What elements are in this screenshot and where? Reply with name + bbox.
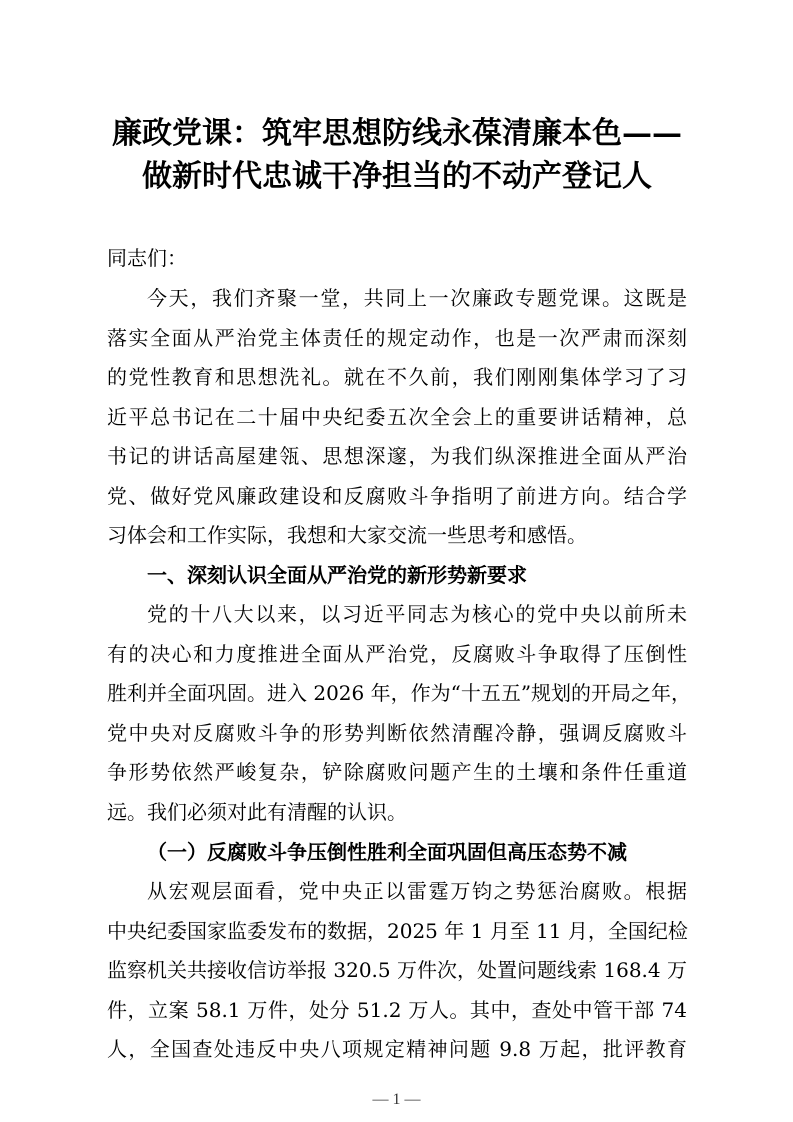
paragraph-1-line-7: 习体会和工作实际，我想和大家交流一些思考和感悟。 xyxy=(107,521,687,549)
paragraph-3-line-2: 中央纪委国家监委发布的数据，2025 年 1 月至 11 月，全国纪检 xyxy=(107,917,687,945)
paragraph-1-line-1: 今天，我们齐聚一堂，共同上一次廉政专题党课。这既是 xyxy=(147,284,687,312)
paragraph-3-line-5: 人，全国查处违反中央八项规定精神问题 9.8 万起，批评教育 xyxy=(107,1035,687,1063)
document-title-line-1: 廉政党课：筑牢思想防线永葆清廉本色—— xyxy=(100,113,694,155)
paragraph-2-line-2: 有的决心和力度推进全面从严治党，反腐败斗争取得了压倒性 xyxy=(107,640,687,668)
paragraph-1-line-6: 党、做好党风廉政建设和反腐败斗争指明了前进方向。结合学 xyxy=(107,482,687,510)
paragraph-2-line-5: 争形势依然严峻复杂，铲除腐败问题产生的土壤和条件任重道 xyxy=(107,758,687,786)
paragraph-3-line-4: 件，立案 58.1 万件，处分 51.2 万人。其中，查处中管干部 74 xyxy=(107,996,687,1024)
paragraph-1-line-4: 近平总书记在二十届中央纪委五次全会上的重要讲话精神，总 xyxy=(107,403,687,431)
section-1-heading: 一、深刻认识全面从严治党的新形势新要求 xyxy=(147,561,527,589)
paragraph-2-line-3: 胜利并全面巩固。进入 2026 年，作为“十五五”规划的开局之年， xyxy=(107,679,687,707)
subsection-1-heading: （一）反腐败斗争压倒性胜利全面巩固但高压态势不减 xyxy=(147,838,687,866)
paragraph-2-line-4: 党中央对反腐败斗争的形势判断依然清醒冷静，强调反腐败斗 xyxy=(107,719,687,747)
paragraph-2-line-6: 远。我们必须对此有清醒的认识。 xyxy=(107,798,687,826)
document-title-line-2: 做新时代忠诚干净担当的不动产登记人 xyxy=(100,156,694,198)
paragraph-3-line-1: 从宏观层面看，党中央正以雷霆万钧之势惩治腐败。根据 xyxy=(147,877,687,905)
document-page: 廉政党课：筑牢思想防线永葆清廉本色—— 做新时代忠诚干净担当的不动产登记人 同志… xyxy=(0,0,793,1122)
salutation: 同志们： xyxy=(107,244,687,272)
paragraph-1-line-5: 书记的讲话高屋建瓴、思想深邃，为我们纵深推进全面从严治 xyxy=(107,442,687,470)
paragraph-1-line-3: 的党性教育和思想洗礼。就在不久前，我们刚刚集体学习了习 xyxy=(107,363,687,391)
paragraph-2-line-1: 党的十八大以来，以习近平同志为核心的党中央以前所未 xyxy=(147,600,687,628)
paragraph-3-line-3: 监察机关共接收信访举报 320.5 万件次，处置问题线索 168.4 万 xyxy=(107,956,687,984)
page-number: — 1 — xyxy=(0,1090,793,1110)
paragraph-1-line-2: 落实全面从严治党主体责任的规定动作，也是一次严肃而深刻 xyxy=(107,324,687,352)
